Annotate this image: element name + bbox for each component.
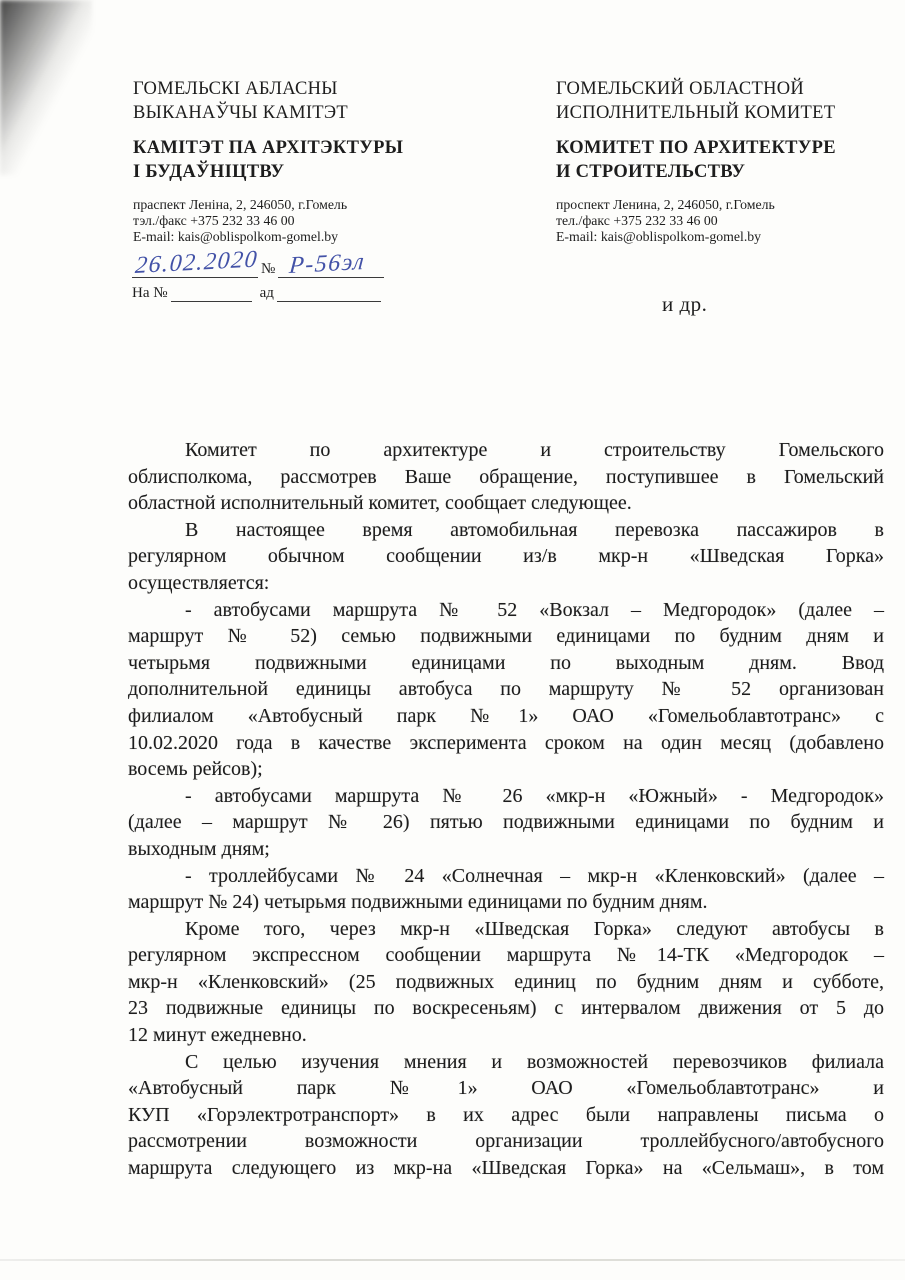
na-no-label: На №	[132, 285, 171, 302]
body-line: мкр-н «Кленковский» (25 подвижных единиц…	[128, 969, 884, 996]
body-line: - автобусами маршрута № 26 «мкр-н «Южный…	[128, 783, 884, 810]
org-name-line: ВЫКАНАЎЧЫ КАМІТЭТ	[133, 102, 533, 126]
body-line: маршрута следующего из мкр-на «Шведская …	[128, 1155, 884, 1182]
dept-name-line: КАМІТЭТ ПА АРХІТЭКТУРЫ	[133, 136, 533, 160]
body-line: восемь рейсов);	[128, 756, 884, 783]
body-line: четырьмя подвижными единицами по выходны…	[128, 650, 884, 677]
address-line: проспект Ленина, 2, 246050, г.Гомель	[556, 197, 896, 213]
body-line: регулярном обычном сообщении из/в мкр-н …	[128, 543, 884, 570]
dept-name-line: И СТРОИТЕЛЬСТВУ	[556, 160, 896, 184]
address-line: праспект Леніна, 2, 246050, г.Гомель	[133, 197, 533, 213]
body-line: филиалом «Автобусный парк №1» ОАО «Гомел…	[128, 703, 884, 730]
body-line: рассмотрении возможности организации тро…	[128, 1128, 884, 1155]
org-name-ru: ГОМЕЛЬСКИЙ ОБЛАСТНОЙ ИСПОЛНИТЕЛЬНЫЙ КОМИ…	[556, 78, 896, 125]
body-line: - троллейбусами № 24 «Солнечная – мкр-н …	[128, 863, 884, 890]
ad-label: ад	[252, 285, 277, 302]
addressee-note: и др.	[662, 292, 707, 317]
letterhead-left: ГОМЕЛЬСКІ АБЛАСНЫ ВЫКАНАЎЧЫ КАМІТЭТ КАМІ…	[133, 78, 533, 244]
address-block-by: праспект Леніна, 2, 246050, г.Гомель тэл…	[133, 197, 533, 244]
handwritten-date: 26.02.2020	[134, 246, 259, 280]
address-line: тел./факс +375 232 33 46 00	[556, 213, 896, 229]
letterhead-right: ГОМЕЛЬСКИЙ ОБЛАСТНОЙ ИСПОЛНИТЕЛЬНЫЙ КОМИ…	[556, 78, 896, 244]
incoming-number-field	[171, 278, 252, 302]
body-line: 12 минут ежедневно.	[128, 1022, 884, 1049]
reference-row-incoming: На № ад	[132, 279, 388, 302]
reference-row-date-number: 26.02.2020 № Р-56эл	[132, 244, 388, 278]
body-line: В настоящее время автомобильная перевозк…	[128, 517, 884, 544]
body-line: (далее – маршрут № 26) пятью подвижными …	[128, 809, 884, 836]
outgoing-number-field: Р-56эл	[278, 243, 384, 278]
reference-block: 26.02.2020 № Р-56эл На № ад	[132, 244, 388, 302]
body-line: С целью изучения мнения и возможностей п…	[128, 1049, 884, 1076]
body-line: 23 подвижные единицы по воскресеньям) с …	[128, 995, 884, 1022]
address-line: тэл./факс +375 232 33 46 00	[133, 213, 533, 229]
body-line: выходным дням;	[128, 836, 884, 863]
body-line: Комитет по архитектуре и строительству Г…	[128, 437, 884, 464]
body-line: дополнительной единицы автобуса по маршр…	[128, 676, 884, 703]
body-line: 10.02.2020 года в качестве эксперимента …	[128, 730, 884, 757]
address-block-ru: проспект Ленина, 2, 246050, г.Гомель тел…	[556, 197, 896, 244]
body-line: - автобусами маршрута № 52 «Вокзал – Мед…	[128, 597, 884, 624]
incoming-date-field	[277, 278, 381, 302]
dept-name-line: І БУДАЎНІЦТВУ	[133, 160, 533, 184]
dept-name-line: КОМИТЕТ ПО АРХИТЕКТУРЕ	[556, 136, 896, 160]
body-line: маршрут № 24) четырьмя подвижными единиц…	[128, 889, 884, 916]
body-line: Кроме того, через мкр-н «Шведская Горка»…	[128, 916, 884, 943]
body-line: КУП «Горэлектротранспорт» в их адрес был…	[128, 1102, 884, 1129]
letter-body: Комитет по архитектуре и строительству Г…	[128, 437, 884, 1182]
body-line: маршрут № 52) семью подвижными единицами…	[128, 623, 884, 650]
scan-corner-shadow	[0, 0, 92, 175]
scan-crease-line	[0, 1259, 905, 1261]
dept-name-ru: КОМИТЕТ ПО АРХИТЕКТУРЕ И СТРОИТЕЛЬСТВУ	[556, 136, 896, 184]
body-line: осуществляется:	[128, 570, 884, 597]
body-line: «Автобусный парк №1» ОАО «Гомельоблавтот…	[128, 1075, 884, 1102]
body-line: областной исполнительный комитет, сообща…	[128, 490, 884, 517]
handwritten-outgoing-number: Р-56эл	[288, 249, 366, 280]
dept-name-by: КАМІТЭТ ПА АРХІТЭКТУРЫ І БУДАЎНІЦТВУ	[133, 136, 533, 184]
address-line: E-mail: kais@oblispolkom-gomel.by	[556, 229, 896, 245]
body-line: регулярном экспрессном сообщении маршрут…	[128, 942, 884, 969]
org-name-line: ИСПОЛНИТЕЛЬНЫЙ КОМИТЕТ	[556, 102, 896, 126]
scanned-letter-page: ГОМЕЛЬСКІ АБЛАСНЫ ВЫКАНАЎЧЫ КАМІТЭТ КАМІ…	[0, 0, 905, 1280]
org-name-line: ГОМЕЛЬСКИЙ ОБЛАСТНОЙ	[556, 78, 896, 102]
number-sign-label: №	[258, 261, 278, 278]
org-name-line: ГОМЕЛЬСКІ АБЛАСНЫ	[133, 78, 533, 102]
date-field: 26.02.2020	[132, 243, 258, 278]
body-line: облисполкома, рассмотрев Ваше обращение,…	[128, 464, 884, 491]
org-name-by: ГОМЕЛЬСКІ АБЛАСНЫ ВЫКАНАЎЧЫ КАМІТЭТ	[133, 78, 533, 125]
